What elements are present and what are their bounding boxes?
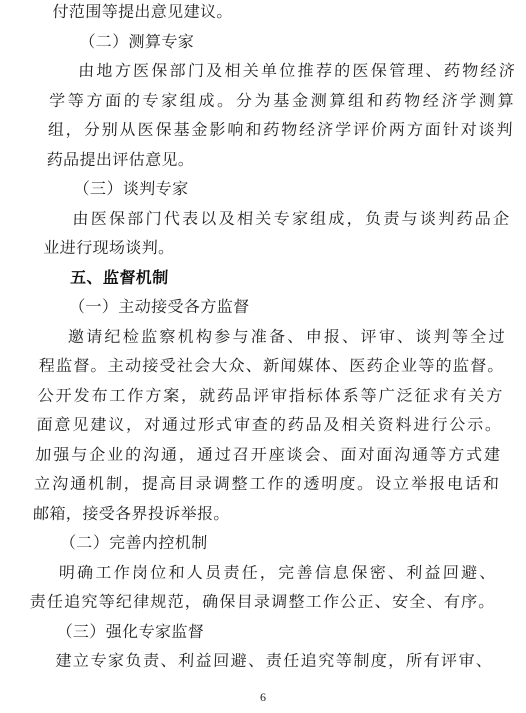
subsection-heading: （三）强化专家监督: [28, 618, 494, 648]
body-line: 由医保部门代表以及相关专家组成，负责与谈判药品企: [44, 205, 510, 235]
body-line: 由地方医保部门及相关单位推荐的医保管理、药物经济: [50, 57, 516, 87]
section-heading-supervision: 五、监督机制: [42, 264, 508, 294]
body-line: 立沟通机制，提高目录调整工作的透明度。设立举报电话和: [34, 470, 500, 500]
body-line: 责任追究等纪律规范，确保目录调整工作公正、安全、有序。: [29, 588, 495, 618]
body-line: 公开发布工作方案，就药品评审指标体系等广泛征求有关方: [37, 382, 503, 412]
body-line: 建立专家负责、利益回避、责任追究等制度，所有评审、: [27, 647, 493, 677]
subsection-heading: （二）完善内控机制: [31, 529, 497, 559]
body-line: 邮箱，接受各界投诉举报。: [33, 500, 499, 530]
body-line: 加强与企业的沟通，通过召开座谈会、面对面沟通等方式建: [35, 441, 501, 471]
body-line: 程监督。主动接受社会大众、新闻媒体、医药企业等的监督。: [38, 352, 504, 382]
body-line: 学等方面的专家组成。分为基金测算组和药物经济学测算: [48, 87, 514, 117]
subsection-heading: （三）谈判专家: [45, 175, 511, 205]
page-number: 6: [0, 690, 526, 704]
subsection-heading: （一）主动接受各方监督: [40, 293, 506, 323]
document-page: 付范围等提出意见建议。 （二）测算专家 由地方医保部门及相关单位推荐的医保管理、…: [0, 0, 526, 713]
body-line: 付范围等提出意见建议。: [52, 0, 518, 28]
body-line: 药品提出评估意见。: [46, 146, 512, 176]
body-line: 邀请纪检监察机构参与准备、申报、评审、谈判等全过: [39, 323, 505, 353]
subsection-heading: （二）测算专家: [51, 28, 517, 58]
body-line: 明确工作岗位和人员责任，完善信息保密、利益回避、: [30, 559, 496, 589]
body-line: 面意见建议，对通过形式审查的药品及相关资料进行公示。: [36, 411, 502, 441]
body-line: 组，分别从医保基金影响和药物经济学评价两方面针对谈判: [47, 116, 513, 146]
text-block: 付范围等提出意见建议。 （二）测算专家 由地方医保部门及相关单位推荐的医保管理、…: [27, 0, 518, 677]
body-line: 业进行现场谈判。: [43, 234, 509, 264]
